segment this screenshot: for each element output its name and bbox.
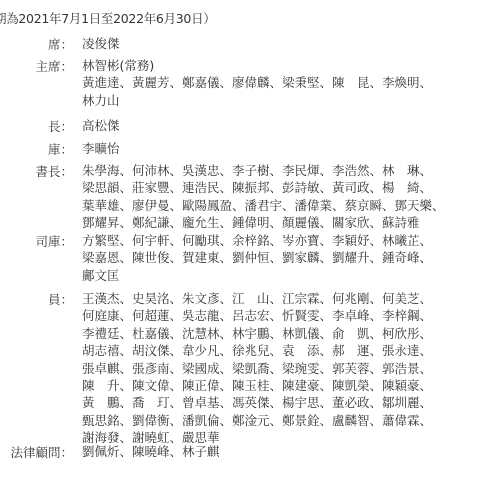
section-label: 法律顧問： bbox=[10, 443, 73, 461]
section-label: 主席： bbox=[35, 57, 73, 75]
member-line: 梁嘉恩、陳世俊、賀建東、劉仲恒、劉家麟、劉耀升、鍾奇峰、 bbox=[82, 249, 432, 266]
member-line: 張卓麒、張彥南、梁國成、梁凱喬、梁琬雯、郭芙蓉、郭浩景、 bbox=[82, 360, 432, 377]
member-line: 李禮廷、杜嘉儀、沈慧林、林宇鵬、林凱儀、俞 凱、柯欣彤、 bbox=[82, 325, 432, 342]
section-members: 方繁堅、何宇軒、何勵琪、余梓銘、岑亦寶、李穎妤、林曦芷、 梁嘉恩、陳世俊、賀建東… bbox=[82, 232, 432, 284]
member-line: 鄺文匡 bbox=[82, 267, 432, 284]
member-line: 鄧耀昇、鄭紀謙、龐允生、鍾偉明、顏麗儀、關家欣、蘇詩雅 bbox=[82, 214, 445, 231]
section-label: 書長： bbox=[35, 162, 73, 180]
section-members: 劉佩炘、陳曉峰、林子麒 bbox=[82, 443, 220, 460]
member-line: 陳 升、陳文偉、陳正偉、陳玉桂、陳建豪、陳凱榮、陳穎豪、 bbox=[82, 377, 432, 394]
section-members: 凌俊傑 bbox=[82, 35, 120, 52]
section-label: 席： bbox=[48, 35, 73, 53]
member-line: 梁思韻、莊家豐、連浩民、陳振邦、彭詩敏、黃司政、楊 綺、 bbox=[82, 179, 445, 196]
member-line: 劉佩炘、陳曉峰、林子麒 bbox=[82, 443, 220, 460]
member-line: 凌俊傑 bbox=[82, 35, 120, 52]
member-line: 朱學海、何沛林、吳漢忠、李子樹、李民煇、李浩然、林 琳、 bbox=[82, 162, 445, 179]
member-line: 高松傑 bbox=[82, 117, 120, 134]
member-line: 何庭康、何超蓮、吳志龍、呂志宏、忻賢雯、李卓峰、李梓鋼、 bbox=[82, 307, 432, 324]
section-members: 李曠怡 bbox=[82, 140, 120, 157]
term-period-heading: 期為2021年7月1日至2022年6月30日） bbox=[0, 9, 216, 27]
section-members: 王漢杰、史昊洺、朱文彥、江 山、江宗霖、何兆剛、何美芝、 何庭康、何超蓮、吳志龍… bbox=[82, 290, 432, 447]
section-members: 朱學海、何沛林、吳漢忠、李子樹、李民煇、李浩然、林 琳、 梁思韻、莊家豐、連浩民… bbox=[82, 162, 445, 232]
member-line: 黃進達、黃麗芳、鄭嘉儀、廖偉麟、梁秉堅、陳 昆、李煥明、 bbox=[82, 74, 432, 91]
section-label: 長： bbox=[48, 117, 73, 135]
member-line: 胡志禧、胡汶傑、韋少凡、徐兆兒、袁 添、郝 運、張永達、 bbox=[82, 342, 432, 359]
member-line: 林智彬(常務) bbox=[82, 57, 432, 74]
member-line: 王漢杰、史昊洺、朱文彥、江 山、江宗霖、何兆剛、何美芝、 bbox=[82, 290, 432, 307]
member-line: 葉華雄、廖伊曼、歐陽鳳盈、潘君宇、潘偉業、蔡京瞬、鄧天樂、 bbox=[82, 197, 445, 214]
member-line: 方繁堅、何宇軒、何勵琪、余梓銘、岑亦寶、李穎妤、林曦芷、 bbox=[82, 232, 432, 249]
section-members: 高松傑 bbox=[82, 117, 120, 134]
member-line: 黃 鵬、喬 玎、曾卓基、馮英傑、楊宇思、董必政、鄒圳麗、 bbox=[82, 394, 432, 411]
member-line: 甄思銘、劉偉衡、潘凱倫、鄭淦元、鄭景銓、盧麟智、蕭偉霖、 bbox=[82, 412, 432, 429]
section-label: 員： bbox=[48, 290, 73, 308]
member-line: 李曠怡 bbox=[82, 140, 120, 157]
section-members: 林智彬(常務) 黃進達、黃麗芳、鄭嘉儀、廖偉麟、梁秉堅、陳 昆、李煥明、 林力山 bbox=[82, 57, 432, 109]
member-line: 林力山 bbox=[82, 92, 432, 109]
section-label: 庫： bbox=[48, 140, 73, 158]
section-label: 司庫： bbox=[35, 232, 73, 250]
